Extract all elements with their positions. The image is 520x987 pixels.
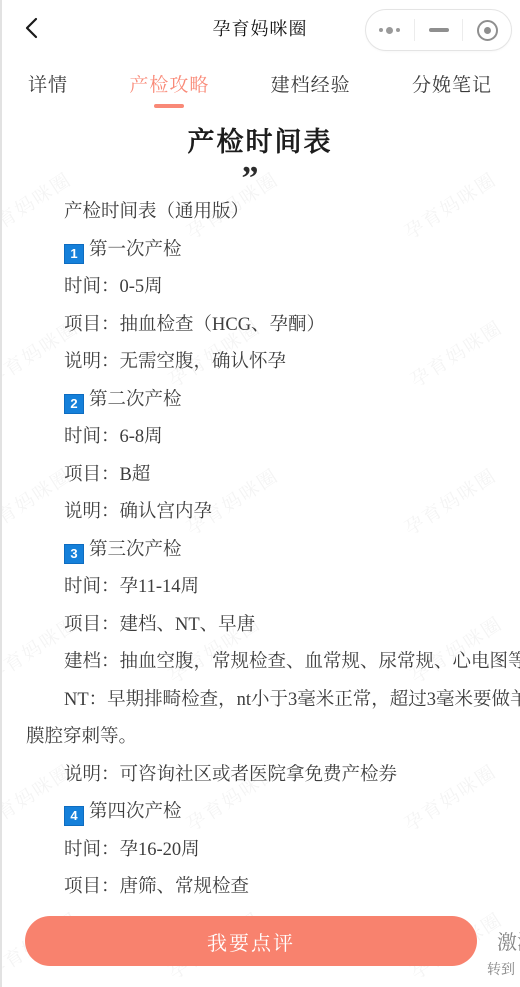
tab-active-underline <box>33 104 63 108</box>
system-activation-watermark: 激活 转到 <box>487 926 520 979</box>
text-line: 项目：抽血检查（HCG、孕酮） <box>26 307 494 345</box>
tab-3[interactable]: 建档经验 <box>271 70 351 108</box>
number-badge: 1 <box>64 244 84 264</box>
tab-active-underline <box>296 104 326 108</box>
text-line: 说明：确认宫内孕 <box>26 494 494 532</box>
nav-bar: 孕育妈咪圈 <box>0 0 520 56</box>
more-dots-icon <box>379 27 400 34</box>
chevron-left-icon <box>23 17 41 39</box>
exit-circle-icon <box>477 20 498 41</box>
text-line: 时间：孕11-14周 <box>26 569 494 607</box>
section-heading-line: 3第三次产检 <box>26 532 494 570</box>
tab-label: 详情 <box>28 70 68 97</box>
review-button[interactable]: 我要点评 <box>25 916 477 966</box>
tab-bar: 详情产检攻略建档经验分娩笔记 <box>0 62 520 108</box>
capsule-minimize-button[interactable] <box>415 10 463 50</box>
tab-active-underline <box>154 104 184 108</box>
text-line: 项目：唐筛、常规检查 <box>26 869 494 907</box>
capsule-more-button[interactable] <box>366 10 414 50</box>
tab-label: 分娩笔记 <box>412 70 492 97</box>
miniprogram-capsule <box>365 9 512 51</box>
tab-label: 建档经验 <box>271 70 351 97</box>
activation-line1: 激活 <box>497 926 520 955</box>
tab-1[interactable]: 详情 <box>28 70 68 108</box>
number-badge: 3 <box>64 544 84 564</box>
text-line: 项目：建档、NT、早唐 <box>26 607 494 645</box>
tab-4[interactable]: 分娩笔记 <box>412 70 492 108</box>
section-heading-line: 2第二次产检 <box>26 382 494 420</box>
review-button-label: 我要点评 <box>207 927 295 956</box>
text-line: 时间：6-8周 <box>26 419 494 457</box>
activation-line2: 转到 <box>487 959 520 979</box>
article-body: 产检时间表（通用版）1第一次产检时间：0-5周项目：抽血检查（HCG、孕酮）说明… <box>0 194 520 907</box>
text-line: 说明：可咨询社区或者医院拿免费产检券 <box>26 757 494 795</box>
tab-label: 产检攻略 <box>129 70 209 97</box>
text-line: 膜腔穿刺等。 <box>26 719 494 757</box>
text-line: 项目：B超 <box>26 457 494 495</box>
text-line: 时间：孕16-20周 <box>26 832 494 870</box>
text-line: 建档：抽血空腹，常规检查、血常规、尿常规、心电图等 <box>26 644 494 682</box>
quote-mark: ” <box>0 162 500 196</box>
tab-2[interactable]: 产检攻略 <box>129 70 209 108</box>
text-line: 产检时间表（通用版） <box>26 194 494 232</box>
text-line: 时间：0-5周 <box>26 269 494 307</box>
back-button[interactable] <box>14 10 50 46</box>
section-heading-line: 4第四次产检 <box>26 794 494 832</box>
article-title: 产检时间表 <box>0 120 520 159</box>
text-line: NT：早期排畸检查，nt小于3毫米正常，超过3毫米要做羊 <box>26 682 494 720</box>
number-badge: 4 <box>64 806 84 826</box>
tab-active-underline <box>437 104 467 108</box>
number-badge: 2 <box>64 394 84 414</box>
capsule-exit-button[interactable] <box>463 10 511 50</box>
mini-program-page: { "header": { "title": "孕育妈咪圈", "back_ic… <box>0 0 520 987</box>
section-heading-line: 1第一次产检 <box>26 232 494 270</box>
text-line: 说明：无需空腹，确认怀孕 <box>26 344 494 382</box>
minimize-dash-icon <box>429 28 449 32</box>
